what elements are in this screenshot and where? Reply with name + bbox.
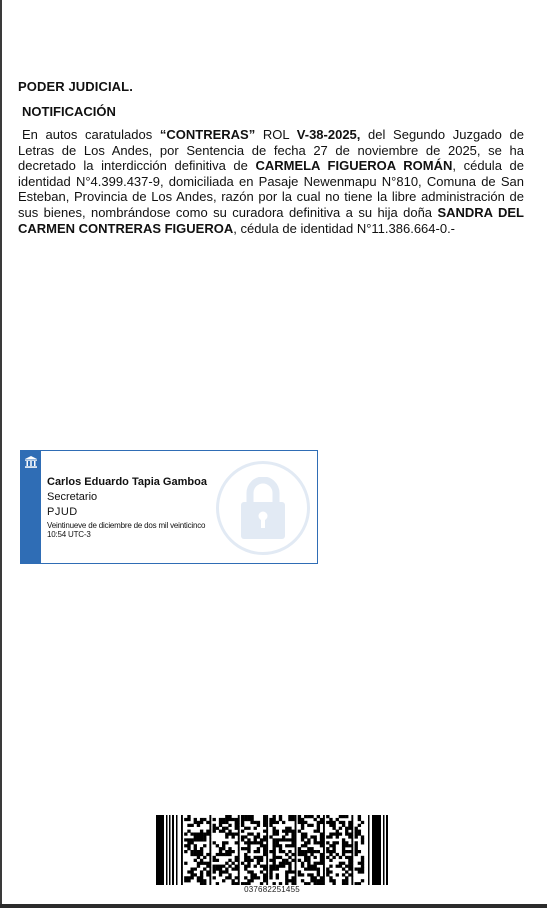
signature-date: Veintinueve de diciembre de dos mil vein…	[47, 521, 205, 530]
document-header: PODER JUDICIAL.	[18, 79, 133, 94]
barcode-number: 037682251455	[156, 885, 388, 894]
lock-watermark	[216, 461, 310, 555]
signer-name: Carlos Eduardo Tapia Gamboa	[47, 476, 207, 488]
lock-icon	[241, 477, 285, 539]
signature-accent-band	[21, 451, 41, 563]
page-bottom-border	[0, 904, 547, 908]
emphasized-text: “CONTRERAS”	[160, 127, 255, 142]
document-body: En autos caratulados “CONTRERAS” ROL V-3…	[18, 127, 524, 236]
electronic-signature-block: Carlos Eduardo Tapia Gamboa Secretario P…	[20, 450, 318, 564]
signer-role: Secretario	[47, 491, 97, 503]
courthouse-icon	[24, 455, 38, 469]
page-left-border	[0, 0, 2, 908]
body-text: ROL	[255, 127, 297, 142]
emphasized-text: V-38-2025,	[297, 127, 361, 142]
signer-organization: PJUD	[47, 506, 78, 518]
pdf417-barcode	[156, 815, 388, 885]
body-text: En autos caratulados	[22, 127, 160, 142]
signature-timestamp: Veintinueve de diciembre de dos mil vein…	[47, 521, 205, 539]
body-text: , cédula de identidad N°11.386.664-0.-	[233, 221, 455, 236]
document-title: NOTIFICACIÓN	[22, 104, 116, 119]
emphasized-text: CARMELA FIGUEROA ROMÁN	[255, 158, 452, 173]
signature-time: 10:54 UTC-3	[47, 530, 205, 539]
